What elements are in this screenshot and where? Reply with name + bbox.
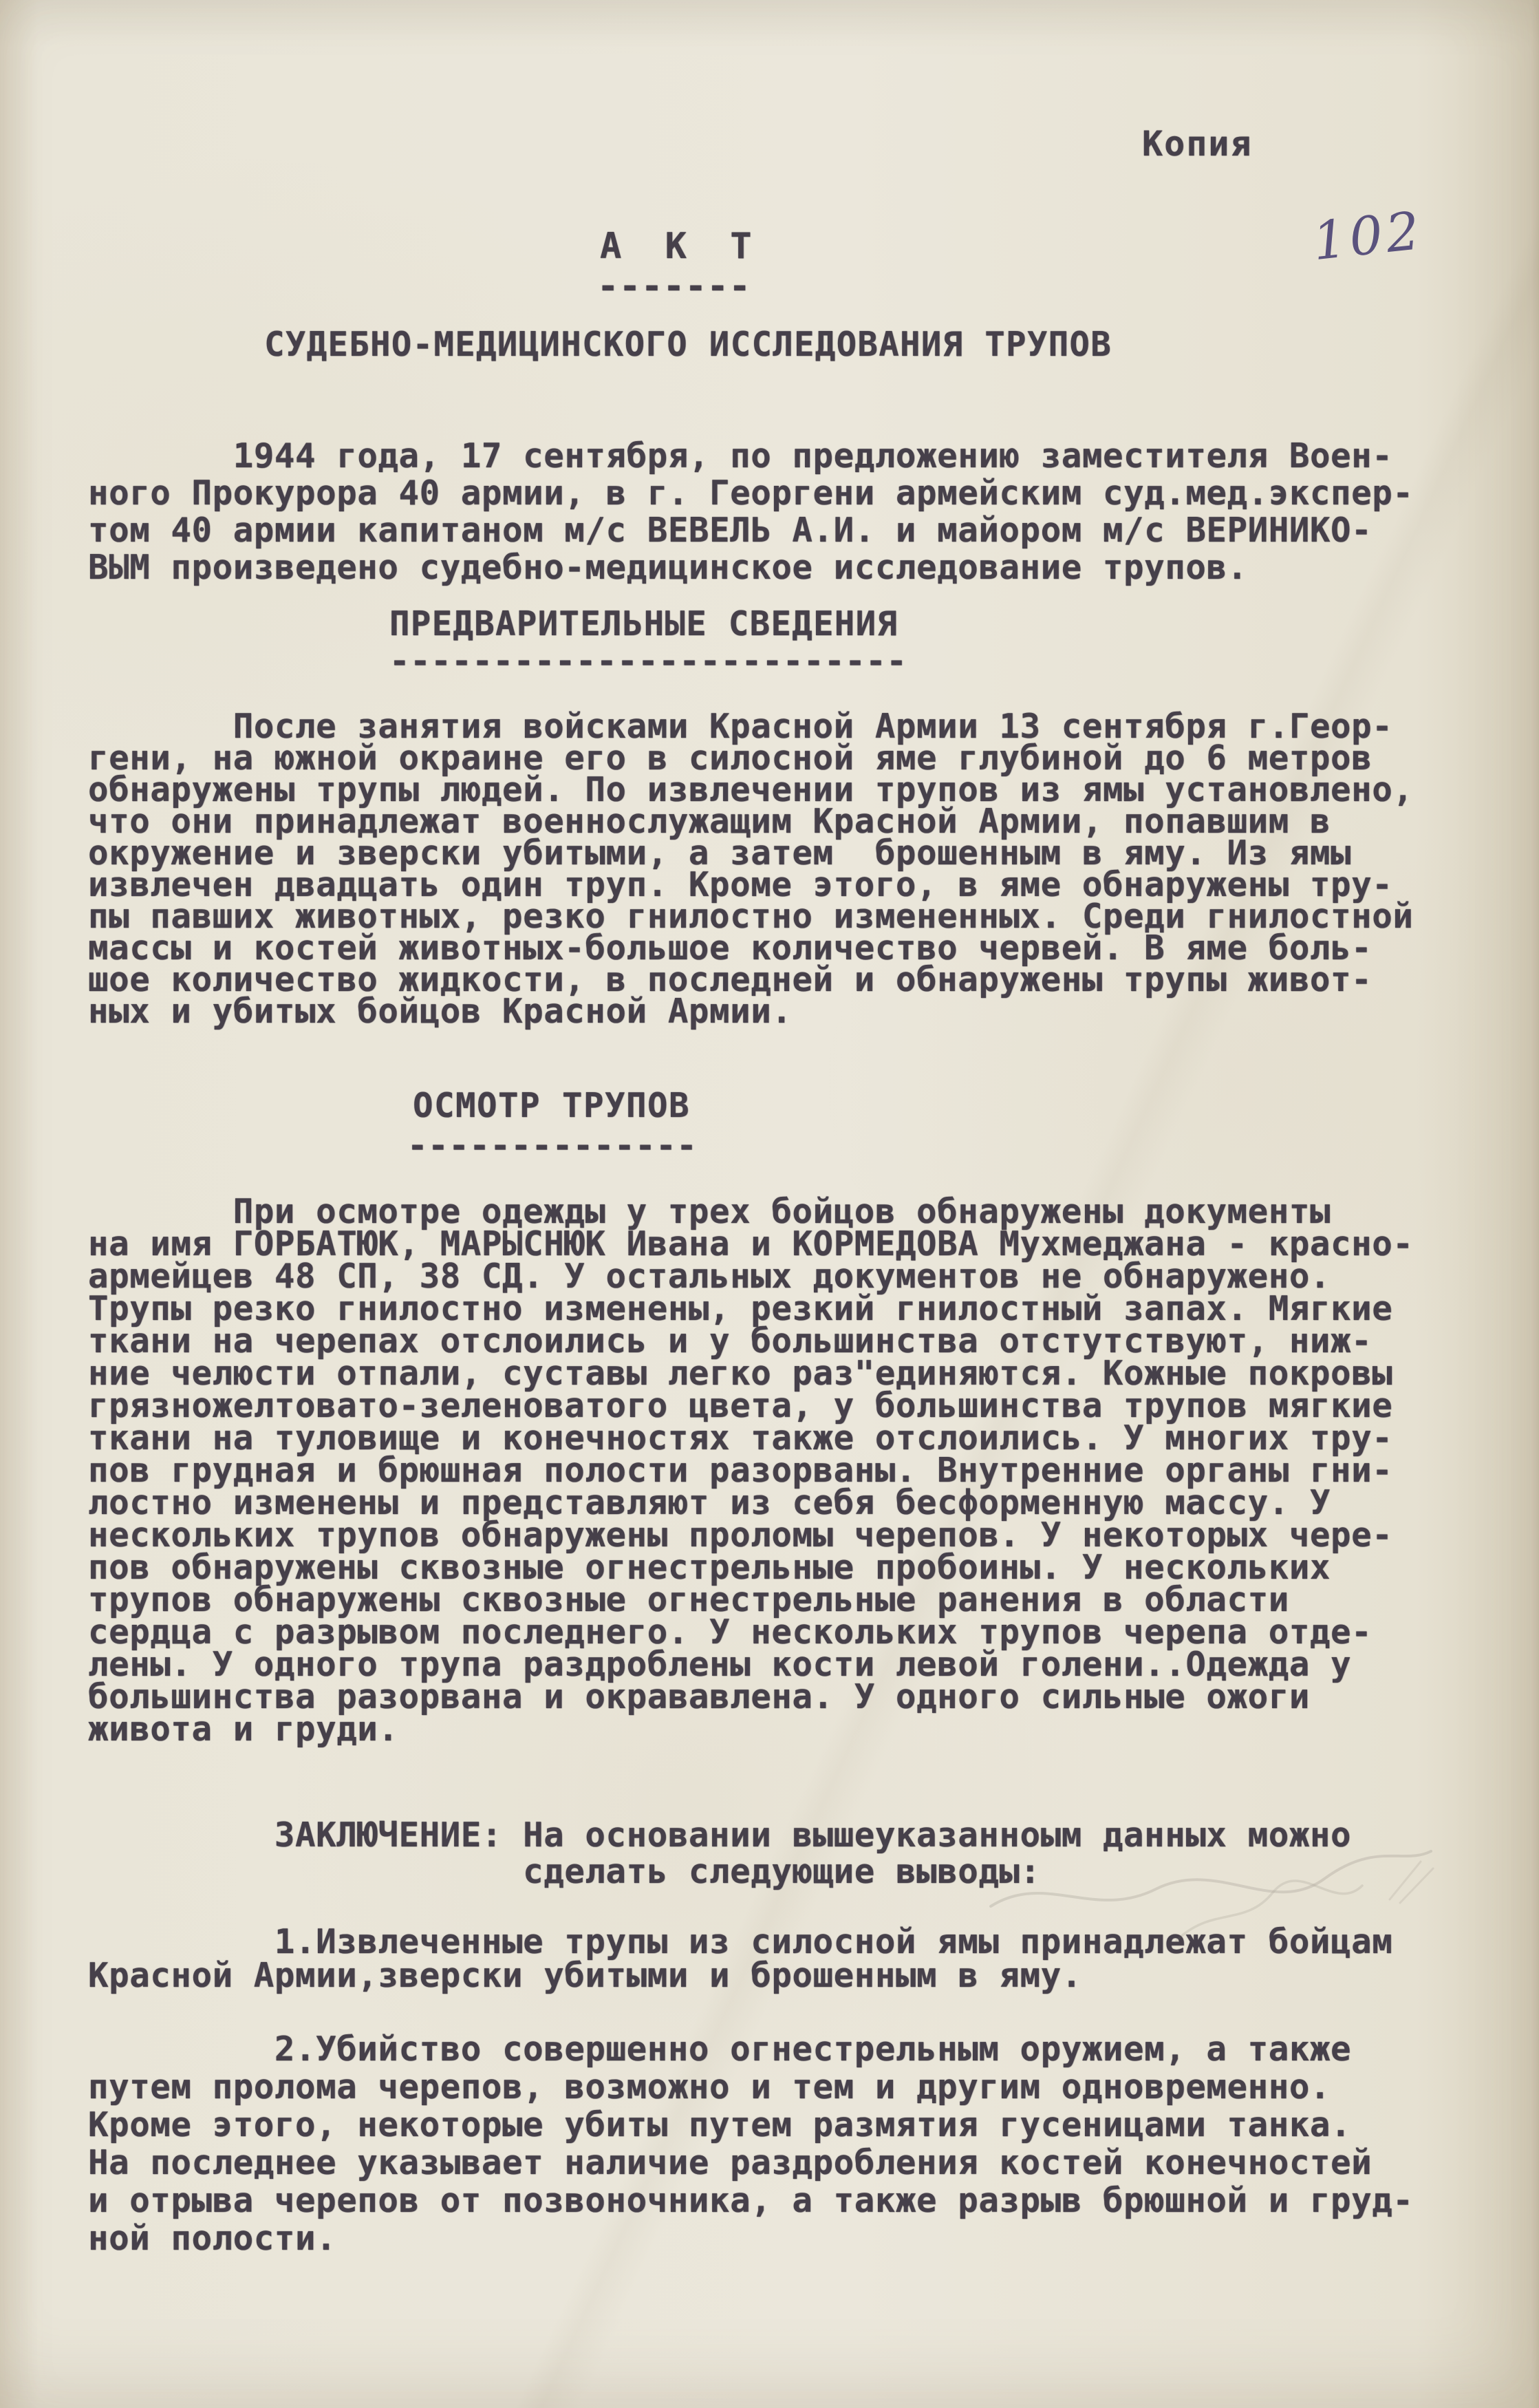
document-title: А К Т	[600, 226, 763, 267]
examination-section-heading: ОСМОТР ТРУПОВ	[413, 1086, 690, 1125]
document-subtitle: СУДЕБНО-МЕДИЦИНСКОГО ИССЛЕДОВАНИЯ ТРУПОВ	[264, 325, 1112, 364]
preliminary-heading-underline: -------------------------	[389, 641, 907, 681]
intro-paragraph: 1944 года, 17 сентября, по предложению з…	[88, 438, 1413, 586]
examination-heading-underline: --------------	[407, 1126, 697, 1165]
preliminary-section-heading: ПРЕДВАРИТЕЛЬНЫЕ СВЕДЕНИЯ	[389, 604, 898, 643]
conclusion-item-2: 2.Убийство совершенно огнестрельным оруж…	[88, 2030, 1413, 2257]
preliminary-section-body: После занятия войсками Красной Армии 13 …	[88, 711, 1413, 1027]
scanned-document-page: Копия 102 А К Т ------- СУДЕБНО-МЕДИЦИНС…	[0, 0, 1539, 2408]
handwritten-page-number: 102	[1310, 200, 1425, 272]
examination-section-body: При осмотре одежды у трех бойцов обнаруж…	[88, 1195, 1413, 1745]
title-underline: -------	[597, 266, 751, 307]
pencil-scribble-marks	[949, 1824, 1472, 1961]
copy-stamp-label: Копия	[1142, 124, 1253, 164]
